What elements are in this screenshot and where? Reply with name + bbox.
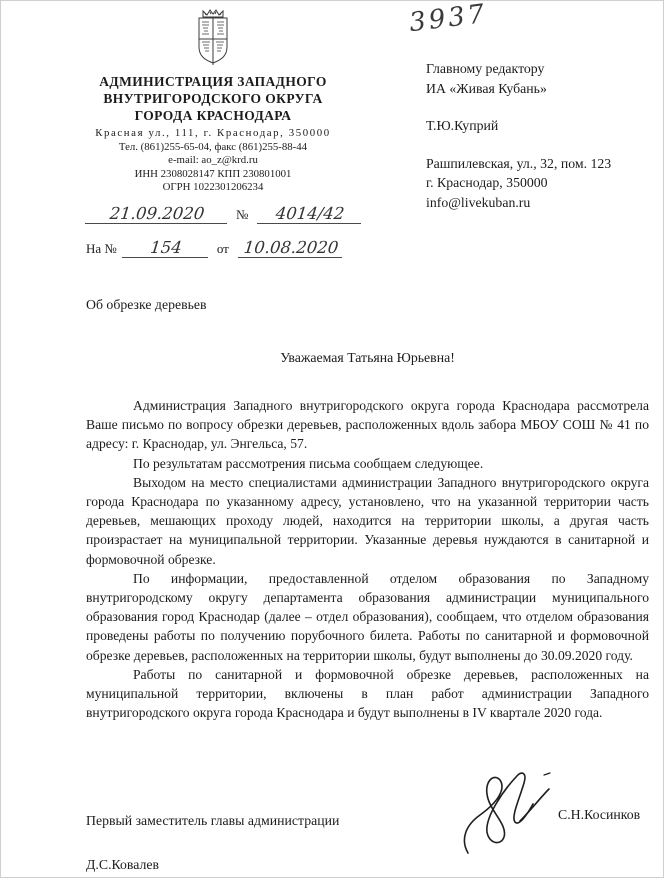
recipient-agency-line: ИА «Живая Кубань» [426,79,656,99]
outgoing-number-field: 4014/42 [257,204,363,224]
recipient-email: info@livekuban.ru [426,193,656,213]
body-paragraph: По результатам рассмотрения письма сообщ… [86,454,649,473]
incoming-date-field: 10.08.2020 [238,238,344,258]
org-address: Красная ул., 111, г. Краснодар, 350000 [85,127,341,141]
recipient-street: Рашпилевская, ул., 32, пом. 123 [426,154,656,174]
subject-line: Об обрезке деревьев [86,297,207,313]
org-name-line-2: ВНУТРИГОРОДСКОГО ОКРУГА [85,90,341,107]
reply-to-label: На № [86,241,123,258]
letter-body: Администрация Западного внутригородского… [86,396,649,722]
org-phone: Тел. (861)255-65-04, факс (861)255-88-44 [85,141,341,155]
body-paragraph: Администрация Западного внутригородского… [86,396,649,454]
body-paragraph: Выходом на место специалистами администр… [86,473,649,569]
recipient-title-line: Главному редактору [426,59,656,79]
outgoing-number-label: № [228,207,250,224]
recipient-name: Т.Ю.Куприй [426,116,656,136]
org-email: e-mail: ao_z@krd.ru [85,154,341,168]
registration-stamp-number: 3937 [408,0,531,38]
handwritten-signature-icon [456,769,568,866]
body-paragraph: По информации, предоставленной отделом о… [86,569,649,665]
recipient-block: Главному редактору ИА «Живая Кубань» Т.Ю… [426,59,656,212]
coat-of-arms-icon [186,7,240,70]
scanned-letter-page: АДМИНИСТРАЦИЯ ЗАПАДНОГО ВНУТРИГОРОДСКОГО… [0,0,664,878]
signatory-position-title: Первый заместитель главы администрации [86,813,339,829]
org-inn-kpp: ИНН 2308028147 КПП 230801001 [85,168,341,182]
reply-number-field: 154 [122,238,210,258]
org-ogrn: ОГРН 1022301206234 [85,181,341,195]
greeting-line: Уважаемая Татьяна Юрьевна! [86,350,649,366]
body-paragraph: Работы по санитарной и формовочной обрез… [86,665,649,723]
signatory-name: С.Н.Косинков [558,807,640,823]
recipient-city: г. Краснодар, 350000 [426,173,656,193]
from-label: от [209,241,231,258]
executor-name: Д.С.Ковалев [86,857,159,873]
reference-block: 21.09.2020 № 4014/42 На № 154 от 10.08.2… [86,204,386,272]
outgoing-date-field: 21.09.2020 [85,204,229,224]
org-name-line-1: АДМИНИСТРАЦИЯ ЗАПАДНОГО [85,73,341,90]
org-name-line-3: ГОРОДА КРАСНОДАРА [85,107,341,124]
letterhead: АДМИНИСТРАЦИЯ ЗАПАДНОГО ВНУТРИГОРОДСКОГО… [85,7,341,195]
